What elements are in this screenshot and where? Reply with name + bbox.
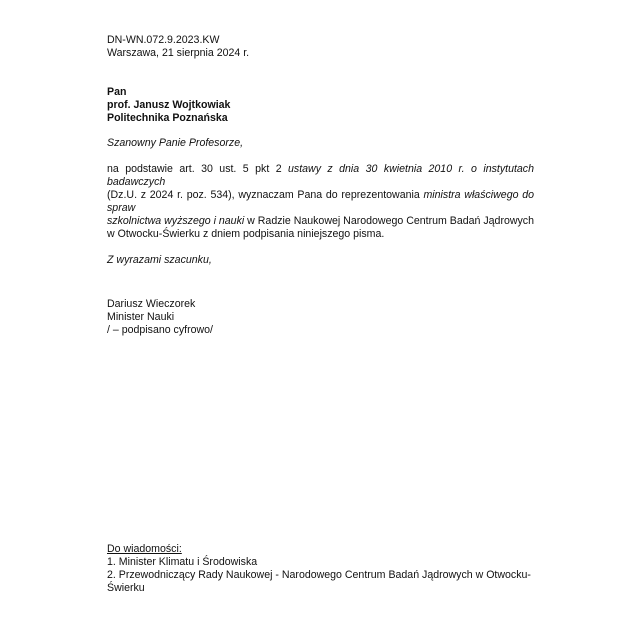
closing: Z wyrazami szacunku, (107, 254, 534, 267)
body-text: na podstawie art. 30 ust. 5 pkt 2 (107, 163, 288, 175)
body-paragraph: na podstawie art. 30 ust. 5 pkt 2 ustawy… (107, 163, 534, 241)
signature-block: Dariusz Wieczorek Minister Nauki / – pod… (107, 298, 534, 337)
signatory-name: Dariusz Wieczorek (107, 298, 534, 311)
letter-header: DN-WN.072.9.2023.KW Warszawa, 21 sierpni… (107, 34, 534, 60)
greeting-text: Szanowny Panie Profesorze, (107, 137, 534, 150)
body-line-3: szkolnictwa wyższego i nauki w Radzie Na… (107, 215, 534, 228)
recipient-block: Pan prof. Janusz Wojtkowiak Politechnika… (107, 86, 534, 125)
body-line-1: na podstawie art. 30 ust. 5 pkt 2 ustawy… (107, 163, 534, 189)
cc-block: Do wiadomości: 1. Minister Klimatu i Śro… (107, 543, 547, 595)
minister-role-cont: szkolnictwa wyższego i nauki (107, 215, 244, 227)
body-text: w Radzie Naukowej Narodowego Centrum Bad… (244, 215, 534, 227)
cc-item: Świerku (107, 582, 547, 595)
recipient-institution: Politechnika Poznańska (107, 112, 534, 125)
cc-heading: Do wiadomości: (107, 543, 547, 556)
signature-note: / – podpisano cyfrowo/ (107, 324, 534, 337)
reference-number: DN-WN.072.9.2023.KW (107, 34, 534, 47)
recipient-name: prof. Janusz Wojtkowiak (107, 99, 534, 112)
cc-item: 1. Minister Klimatu i Środowiska (107, 556, 547, 569)
recipient-salutation: Pan (107, 86, 534, 99)
closing-text: Z wyrazami szacunku, (107, 254, 534, 267)
body-line-4: w Otwocku-Świerku z dniem podpisania nin… (107, 228, 534, 241)
cc-item: 2. Przewodniczący Rady Naukowej - Narodo… (107, 569, 547, 582)
body-line-2: (Dz.U. z 2024 r. poz. 534), wyznaczam Pa… (107, 189, 534, 215)
signatory-title: Minister Nauki (107, 311, 534, 324)
greeting: Szanowny Panie Profesorze, (107, 137, 534, 150)
document-page: DN-WN.072.9.2023.KW Warszawa, 21 sierpni… (0, 0, 640, 640)
place-date: Warszawa, 21 sierpnia 2024 r. (107, 47, 534, 60)
body-text: (Dz.U. z 2024 r. poz. 534), wyznaczam Pa… (107, 189, 423, 201)
